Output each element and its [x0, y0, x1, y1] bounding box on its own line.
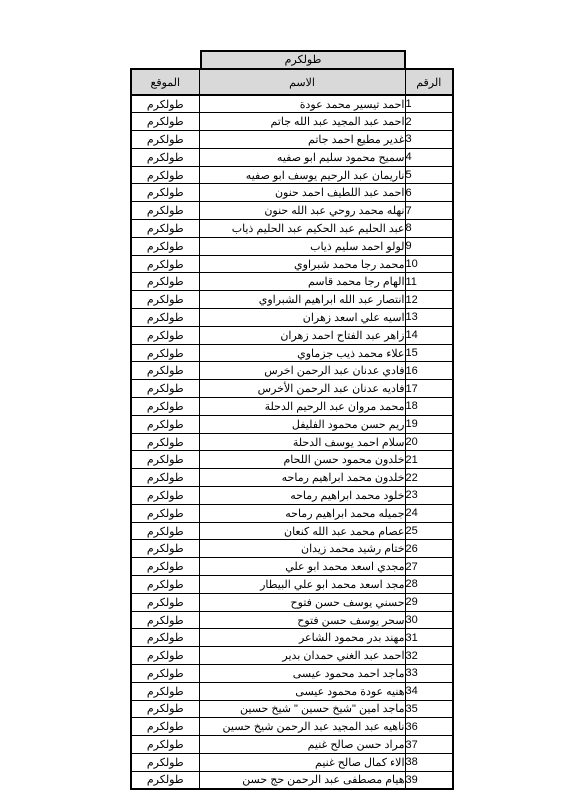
name-cell: محمد رجا محمد شبراوي — [199, 255, 405, 273]
name-cell: سحر يوسف حسن فتوح — [199, 611, 405, 629]
name-cell: احمد عبد اللطيف احمد حنون — [199, 184, 405, 202]
table-row: 28 مجد اسعد محمد ابو علي البيطار طولكرم — [131, 576, 453, 594]
row-number-cell: 4 — [405, 148, 453, 166]
name-cell: الاء كمال صالح غنيم — [199, 753, 405, 771]
table-row: 13 اسيه علي اسعد زهران طولكرم — [131, 309, 453, 327]
row-number-cell: 23 — [405, 487, 453, 505]
row-number-cell: 20 — [405, 433, 453, 451]
row-number-cell: 32 — [405, 647, 453, 665]
location-cell: طولكرم — [131, 202, 199, 220]
location-cell: طولكرم — [131, 647, 199, 665]
row-number-cell: 29 — [405, 593, 453, 611]
name-cell: مجد اسعد محمد ابو علي البيطار — [199, 576, 405, 594]
table-row: 11 الهام رجا محمد قاسم طولكرم — [131, 273, 453, 291]
row-number-cell: 25 — [405, 522, 453, 540]
location-cell: طولكرم — [131, 380, 199, 398]
table-row: 25 عصام محمد عبد الله كنعان طولكرم — [131, 522, 453, 540]
table-row: 19 ريم حسن محمود الفليفل طولكرم — [131, 415, 453, 433]
name-cell: لولو احمد سليم ذياب — [199, 237, 405, 255]
name-cell: اسيه علي اسعد زهران — [199, 309, 405, 327]
location-cell: طولكرم — [131, 95, 199, 113]
row-number-cell: 8 — [405, 220, 453, 238]
table-row: 38 الاء كمال صالح غنيم طولكرم — [131, 753, 453, 771]
table-row: 3 غدير مطيع احمد جاتم طولكرم — [131, 131, 453, 149]
row-number-cell: 12 — [405, 291, 453, 309]
row-number-cell: 19 — [405, 415, 453, 433]
table-row: 1 احمد تيسير محمد عودة طولكرم — [131, 95, 453, 113]
name-cell: فاديه عدنان عبد الرحمن الأخرس — [199, 380, 405, 398]
table-row: 14 زاهر عبد الفتاح احمد زهران طولكرم — [131, 326, 453, 344]
row-number-cell: 28 — [405, 576, 453, 594]
name-cell: علاء محمد ذيب جزماوي — [199, 344, 405, 362]
column-header-location: الموقع — [131, 69, 199, 95]
location-cell: طولكرم — [131, 540, 199, 558]
roster-table: الرقم الاسم الموقع 1 احمد تيسير محمد عود… — [130, 68, 454, 790]
name-cell: خلدون محمد ابراهيم رماحه — [199, 469, 405, 487]
name-cell: حسني يوسف حسن فتوح — [199, 593, 405, 611]
table-row: 16 فادي عدنان عبد الرحمن اخرس طولكرم — [131, 362, 453, 380]
location-cell: طولكرم — [131, 771, 199, 789]
row-number-cell: 17 — [405, 380, 453, 398]
table-row: 22 خلدون محمد ابراهيم رماحه طولكرم — [131, 469, 453, 487]
location-cell: طولكرم — [131, 487, 199, 505]
table-row: 2 احمد عبد المجيد عبد الله جاتم طولكرم — [131, 113, 453, 131]
table-row: 9 لولو احمد سليم ذياب طولكرم — [131, 237, 453, 255]
location-cell: طولكرم — [131, 629, 199, 647]
table-row: 4 سميح محمود سليم ابو صفيه طولكرم — [131, 148, 453, 166]
name-cell: ريم حسن محمود الفليفل — [199, 415, 405, 433]
name-cell: ماجد احمد محمود عيسى — [199, 665, 405, 683]
row-number-cell: 33 — [405, 665, 453, 683]
name-cell: مجدي اسعد محمد ابو علي — [199, 558, 405, 576]
column-header-number: الرقم — [405, 69, 453, 95]
table-row: 29 حسني يوسف حسن فتوح طولكرم — [131, 593, 453, 611]
name-cell: زاهر عبد الفتاح احمد زهران — [199, 326, 405, 344]
row-number-cell: 3 — [405, 131, 453, 149]
table-row: 34 هنيه عودة محمود عيسى طولكرم — [131, 682, 453, 700]
row-number-cell: 7 — [405, 202, 453, 220]
row-number-cell: 9 — [405, 237, 453, 255]
table-body: 1 احمد تيسير محمد عودة طولكرم 2 احمد عبد… — [131, 95, 453, 789]
table-row: 5 ناريمان عبد الرحيم يوسف ابو صفيه طولكر… — [131, 166, 453, 184]
row-number-cell: 16 — [405, 362, 453, 380]
table-row: 20 سلام احمد يوسف الدحلة طولكرم — [131, 433, 453, 451]
table-row: 32 احمد عبد الغني حمدان بدير طولكرم — [131, 647, 453, 665]
table-row: 8 عبد الحليم عبد الحكيم عبد الحليم ذياب … — [131, 220, 453, 238]
location-cell: طولكرم — [131, 700, 199, 718]
row-number-cell: 18 — [405, 398, 453, 416]
row-number-cell: 15 — [405, 344, 453, 362]
name-cell: سلام احمد يوسف الدحلة — [199, 433, 405, 451]
location-cell: طولكرم — [131, 433, 199, 451]
table-row: 15 علاء محمد ذيب جزماوي طولكرم — [131, 344, 453, 362]
row-number-cell: 13 — [405, 309, 453, 327]
table-row: 23 خلود محمد ابراهيم رماحه طولكرم — [131, 487, 453, 505]
document-page: { "page": { "background": "#ffffff", "he… — [0, 0, 565, 800]
merged-region-header: طولكرم — [200, 50, 406, 68]
table-row: 36 ناهيه عبد المجيد عبد الرحمن شيخ حسين … — [131, 718, 453, 736]
location-cell: طولكرم — [131, 398, 199, 416]
row-number-cell: 1 — [405, 95, 453, 113]
table-row: 26 ختام رشيد محمد زيدان طولكرم — [131, 540, 453, 558]
location-cell: طولكرم — [131, 166, 199, 184]
table-row: 6 احمد عبد اللطيف احمد حنون طولكرم — [131, 184, 453, 202]
location-cell: طولكرم — [131, 184, 199, 202]
location-cell: طولكرم — [131, 148, 199, 166]
location-cell: طولكرم — [131, 682, 199, 700]
row-number-cell: 24 — [405, 504, 453, 522]
row-number-cell: 27 — [405, 558, 453, 576]
location-cell: طولكرم — [131, 611, 199, 629]
row-number-cell: 14 — [405, 326, 453, 344]
name-cell: خلود محمد ابراهيم رماحه — [199, 487, 405, 505]
name-cell: مهند بدر محمود الشاعر — [199, 629, 405, 647]
row-number-cell: 39 — [405, 771, 453, 789]
name-cell: سميح محمود سليم ابو صفيه — [199, 148, 405, 166]
location-cell: طولكرم — [131, 309, 199, 327]
name-cell: ماجد امين "شيخ حسين " شيخ حسين — [199, 700, 405, 718]
table-row: 37 مراد حسن صالح غنيم طولكرم — [131, 736, 453, 754]
row-number-cell: 2 — [405, 113, 453, 131]
location-cell: طولكرم — [131, 753, 199, 771]
table-row: 12 انتصار عبد الله ابراهيم الشبراوي طولك… — [131, 291, 453, 309]
row-number-cell: 30 — [405, 611, 453, 629]
location-cell: طولكرم — [131, 255, 199, 273]
location-cell: طولكرم — [131, 131, 199, 149]
name-cell: عبد الحليم عبد الحكيم عبد الحليم ذياب — [199, 220, 405, 238]
name-cell: احمد عبد الغني حمدان بدير — [199, 647, 405, 665]
name-cell: محمد مروان عبد الرحيم الدحلة — [199, 398, 405, 416]
location-cell: طولكرم — [131, 291, 199, 309]
row-number-cell: 5 — [405, 166, 453, 184]
name-cell: غدير مطيع احمد جاتم — [199, 131, 405, 149]
name-cell: خلدون محمود حسن اللحام — [199, 451, 405, 469]
row-number-cell: 21 — [405, 451, 453, 469]
location-cell: طولكرم — [131, 451, 199, 469]
location-cell: طولكرم — [131, 113, 199, 131]
name-cell: ناريمان عبد الرحيم يوسف ابو صفيه — [199, 166, 405, 184]
row-number-cell: 34 — [405, 682, 453, 700]
name-cell: ناهيه عبد المجيد عبد الرحمن شيخ حسين — [199, 718, 405, 736]
location-cell: طولكرم — [131, 736, 199, 754]
name-cell: احمد عبد المجيد عبد الله جاتم — [199, 113, 405, 131]
table-row: 31 مهند بدر محمود الشاعر طولكرم — [131, 629, 453, 647]
header-row: الرقم الاسم الموقع — [131, 69, 453, 95]
name-cell: هنيه عودة محمود عيسى — [199, 682, 405, 700]
row-number-cell: 26 — [405, 540, 453, 558]
location-cell: طولكرم — [131, 522, 199, 540]
row-number-cell: 35 — [405, 700, 453, 718]
row-number-cell: 31 — [405, 629, 453, 647]
table-row: 24 جميله محمد ابراهيم رماحه طولكرم — [131, 504, 453, 522]
location-cell: طولكرم — [131, 576, 199, 594]
location-cell: طولكرم — [131, 469, 199, 487]
row-number-cell: 36 — [405, 718, 453, 736]
name-cell: مراد حسن صالح غنيم — [199, 736, 405, 754]
location-cell: طولكرم — [131, 593, 199, 611]
table-row: 18 محمد مروان عبد الرحيم الدحلة طولكرم — [131, 398, 453, 416]
name-cell: ختام رشيد محمد زيدان — [199, 540, 405, 558]
row-number-cell: 37 — [405, 736, 453, 754]
location-cell: طولكرم — [131, 718, 199, 736]
name-cell: فادي عدنان عبد الرحمن اخرس — [199, 362, 405, 380]
name-cell: احمد تيسير محمد عودة — [199, 95, 405, 113]
name-cell: انتصار عبد الله ابراهيم الشبراوي — [199, 291, 405, 309]
location-cell: طولكرم — [131, 220, 199, 238]
location-cell: طولكرم — [131, 558, 199, 576]
location-cell: طولكرم — [131, 504, 199, 522]
roster-sheet: طولكرم الرقم الاسم الموقع 1 احمد تيسير م… — [128, 50, 454, 790]
location-cell: طولكرم — [131, 237, 199, 255]
table-row: 21 خلدون محمود حسن اللحام طولكرم — [131, 451, 453, 469]
location-cell: طولكرم — [131, 326, 199, 344]
table-row: 17 فاديه عدنان عبد الرحمن الأخرس طولكرم — [131, 380, 453, 398]
row-number-cell: 11 — [405, 273, 453, 291]
name-cell: عصام محمد عبد الله كنعان — [199, 522, 405, 540]
table-row: 35 ماجد امين "شيخ حسين " شيخ حسين طولكرم — [131, 700, 453, 718]
row-number-cell: 22 — [405, 469, 453, 487]
location-cell: طولكرم — [131, 344, 199, 362]
table-row: 7 نهله محمد روحي عبد الله حنون طولكرم — [131, 202, 453, 220]
column-header-name: الاسم — [199, 69, 405, 95]
name-cell: الهام رجا محمد قاسم — [199, 273, 405, 291]
row-number-cell: 38 — [405, 753, 453, 771]
location-cell: طولكرم — [131, 665, 199, 683]
table-row: 30 سحر يوسف حسن فتوح طولكرم — [131, 611, 453, 629]
location-cell: طولكرم — [131, 415, 199, 433]
name-cell: نهله محمد روحي عبد الله حنون — [199, 202, 405, 220]
table-row: 10 محمد رجا محمد شبراوي طولكرم — [131, 255, 453, 273]
location-cell: طولكرم — [131, 362, 199, 380]
location-cell: طولكرم — [131, 273, 199, 291]
name-cell: جميله محمد ابراهيم رماحه — [199, 504, 405, 522]
row-number-cell: 6 — [405, 184, 453, 202]
table-row: 33 ماجد احمد محمود عيسى طولكرم — [131, 665, 453, 683]
table-row: 27 مجدي اسعد محمد ابو علي طولكرم — [131, 558, 453, 576]
name-cell: هيام مصطفى عبد الرحمن حج حسن — [199, 771, 405, 789]
table-row: 39 هيام مصطفى عبد الرحمن حج حسن طولكرم — [131, 771, 453, 789]
row-number-cell: 10 — [405, 255, 453, 273]
